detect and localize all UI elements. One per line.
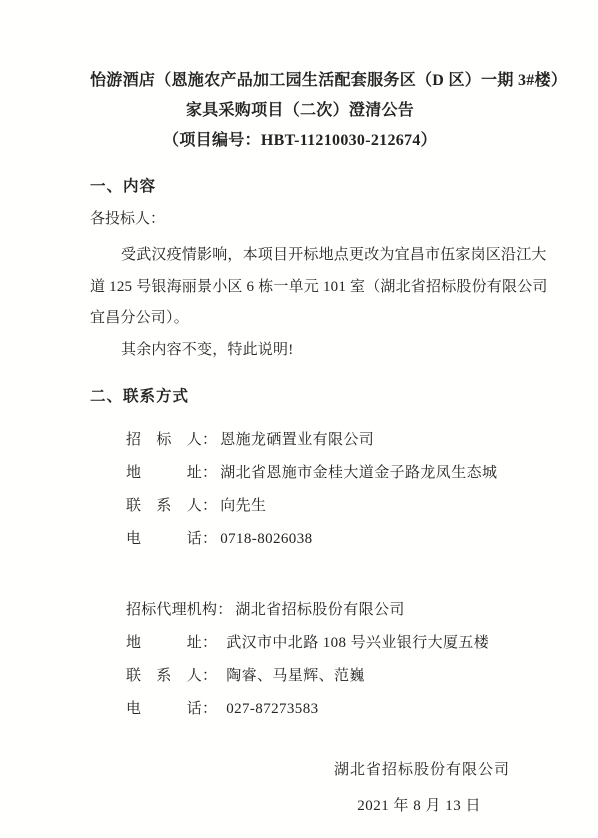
agency-name-value: 湖北省招标股份有限公司 [235,602,404,618]
agency-name-row: 招标代理机构：湖北省招标股份有限公司 [126,594,510,627]
tenderer-contact-block: 招 标 人：恩施龙硒置业有限公司 地 址：湖北省恩施市金桂大道金子路龙凤生态城 … [90,424,510,556]
tenderer-contact-person-label: 联 系 人： [126,490,217,523]
paragraph-line: 宜昌分公司）。 [90,303,510,335]
tenderer-phone-row: 电 话：0718-8026038 [126,523,510,556]
section-2-heading: 二、联系方式 [90,386,510,408]
document-content: 怡游酒店（恩施农产品加工园生活配套服务区（D 区）一期 3#楼） 家具采购项目（… [0,0,598,818]
tenderer-contact-person-row: 联 系 人：向先生 [126,490,510,523]
paragraph-line: 受武汉疫情影响，本项目开标地点更改为宜昌市伍家岗区沿江大 [90,240,510,272]
tenderer-name-label: 招 标 人： [126,424,217,457]
title-line-1: 怡游酒店（恩施农产品加工园生活配套服务区（D 区）一期 3#楼） [90,66,510,96]
tenderer-name-value: 恩施龙硒置业有限公司 [220,432,374,448]
tenderer-address-row: 地 址：湖北省恩施市金桂大道金子路龙凤生态城 [126,457,510,490]
tenderer-contact-person-value: 向先生 [220,498,266,514]
document-page: 怡游酒店（恩施农产品加工园生活配套服务区（D 区）一期 3#楼） 家具采购项目（… [0,0,598,838]
tenderer-phone-label: 电 话： [126,523,217,556]
signature-block: 湖北省招标股份有限公司 2021 年 8 月 13 日 [90,758,510,818]
agency-name-label: 招标代理机构： [126,594,232,627]
agency-address-label: 地 址： [126,627,217,660]
paragraph-line: 道 125 号银海丽景小区 6 栋一单元 101 室（湖北省招标股份有限公司 [90,272,510,304]
agency-phone-value: 027-87273583 [226,701,318,717]
tenderer-phone-value: 0718-8026038 [220,531,312,547]
title-line-2: 家具采购项目（二次）澄清公告 [90,96,510,126]
title-line-3-project-number: （项目编号：HBT-11210030-212674） [90,126,510,156]
tenderer-name-row: 招 标 人：恩施龙硒置业有限公司 [126,424,510,457]
salutation: 各投标人： [90,208,510,230]
agency-phone-label: 电 话： [126,693,217,726]
tenderer-address-label: 地 址： [126,457,217,490]
document-title: 怡游酒店（恩施农产品加工园生活配套服务区（D 区）一期 3#楼） 家具采购项目（… [90,66,510,156]
signature-date: 2021 年 8 月 13 日 [90,794,481,818]
agency-contact-person-row: 联 系 人：陶睿、马星辉、范巍 [126,660,510,693]
agency-contact-person-label: 联 系 人： [126,660,217,693]
section-1-heading: 一、内容 [90,176,510,198]
content-paragraph: 受武汉疫情影响，本项目开标地点更改为宜昌市伍家岗区沿江大 道 125 号银海丽景… [90,240,510,366]
paragraph-line-closing: 其余内容不变，特此说明! [90,335,510,367]
tenderer-address-value: 湖北省恩施市金桂大道金子路龙凤生态城 [220,465,497,481]
agency-address-row: 地 址：武汉市中北路 108 号兴业银行大厦五楼 [126,627,510,660]
agency-phone-row: 电 话：027-87273583 [126,693,510,726]
agency-contact-person-value: 陶睿、马星辉、范巍 [226,668,365,684]
agency-contact-block: 招标代理机构：湖北省招标股份有限公司 地 址：武汉市中北路 108 号兴业银行大… [90,594,510,726]
agency-address-value: 武汉市中北路 108 号兴业银行大厦五楼 [226,635,489,651]
signature-company: 湖北省招标股份有限公司 [90,758,510,782]
